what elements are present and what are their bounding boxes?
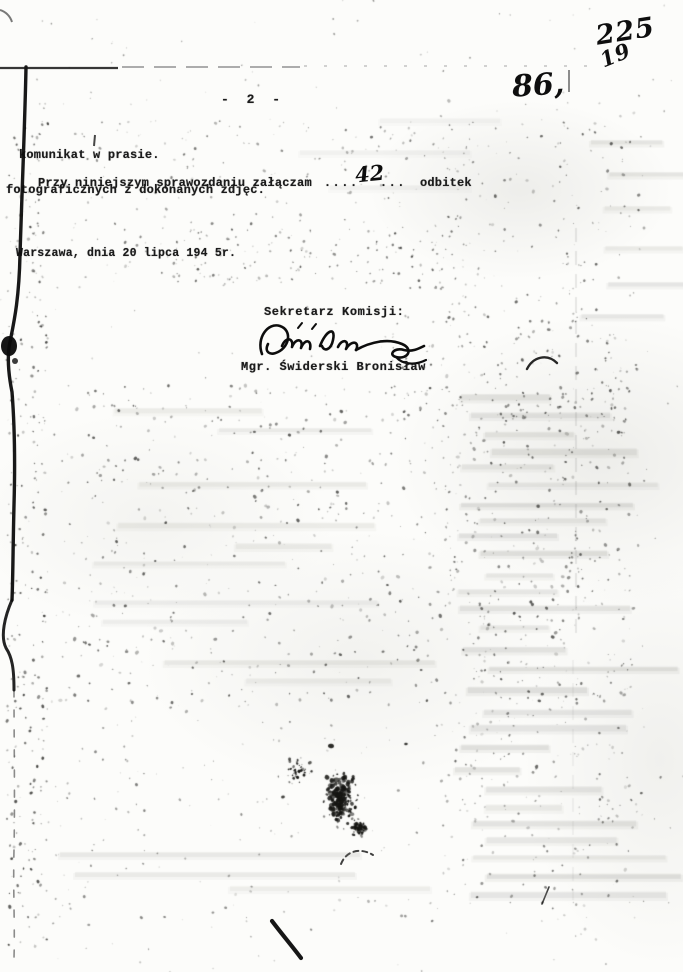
punch-blob-satellite: [12, 358, 18, 364]
typed-page-number: - 2 -: [221, 92, 285, 107]
handwritten-page-number: 22519: [594, 8, 683, 83]
scan-artifacts-layer: [0, 0, 683, 972]
body-line-komunikat: komunikat w prasie.: [19, 148, 160, 162]
dotted-blank-leading: ....: [324, 176, 359, 190]
ink-arc-right: [527, 357, 557, 369]
ink-arc-bottom: [341, 851, 373, 864]
signature-stroke: [260, 325, 288, 354]
signature-stroke: [312, 324, 316, 329]
corner-mark: [0, 10, 12, 22]
tick-above-komunikat: [94, 135, 95, 146]
ink-slash-small: [542, 887, 549, 904]
dateline: Warszawa, dnia 20 lipca 194 5r.: [16, 247, 236, 260]
left-fold-line-lower: [14, 690, 15, 958]
signer-name: Mgr. Świderski Bronisław: [241, 360, 426, 374]
scan-noise-layer: [0, 0, 683, 972]
signature-stroke: [298, 323, 302, 328]
signature-stroke: [356, 341, 424, 357]
left-fold-hook: [3, 600, 14, 690]
handwritten-attachment-count: 42: [353, 160, 385, 188]
przy-text-tail: odbitek: [420, 176, 472, 190]
signature-stroke: [320, 331, 334, 349]
handwritten-folio-number: 86,: [511, 66, 566, 105]
punch-blob: [1, 336, 17, 356]
body-line-foto: fotograficznych z dokonanych zdjęć.: [6, 183, 265, 197]
scanned-document-page: 22519 86, - 2 - komunikat w prasie. Przy…: [0, 0, 683, 972]
signature-stroke: [338, 341, 357, 350]
ink-slash-bottom: [272, 921, 301, 958]
left-fold-line: [8, 67, 26, 600]
